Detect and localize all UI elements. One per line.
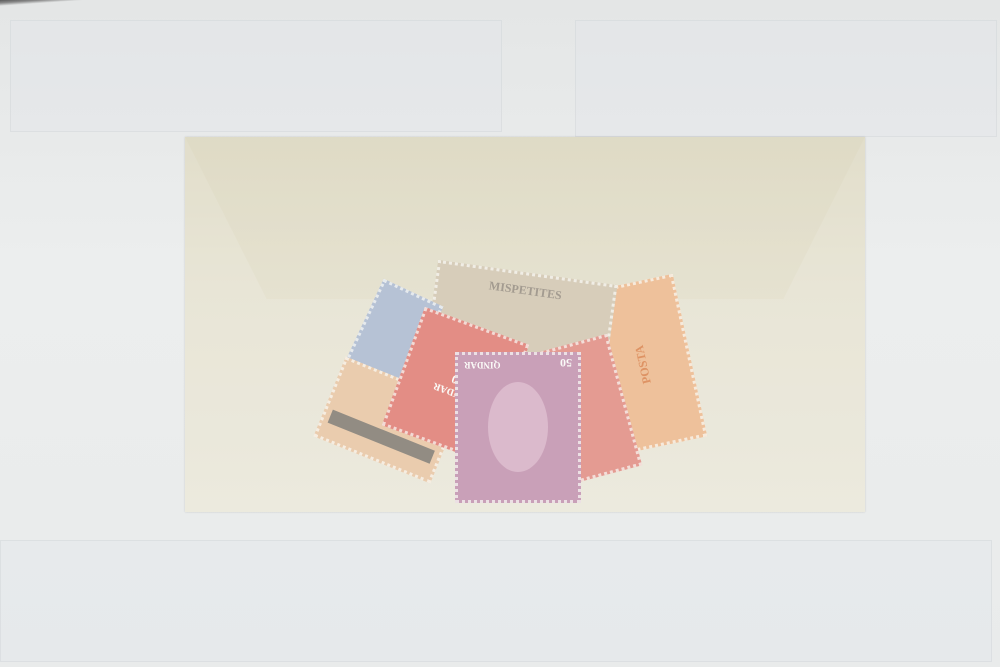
- purple-stamp-value: 50: [560, 355, 572, 370]
- page-panel: [575, 20, 997, 137]
- purple-stamp: 50 QINDAR: [455, 352, 581, 503]
- orange-stamp-label: POSTA: [632, 344, 655, 385]
- album-edge: [0, 0, 1000, 10]
- purple-stamp-label: QINDAR: [464, 355, 501, 370]
- gray-stamp-label: MISPETITES: [488, 278, 563, 303]
- glassine-envelope: POSTA MISPETITES 10 QINDAR 50 QINDAR: [185, 137, 865, 512]
- page-panel: [0, 540, 992, 662]
- page-panel: [10, 20, 502, 132]
